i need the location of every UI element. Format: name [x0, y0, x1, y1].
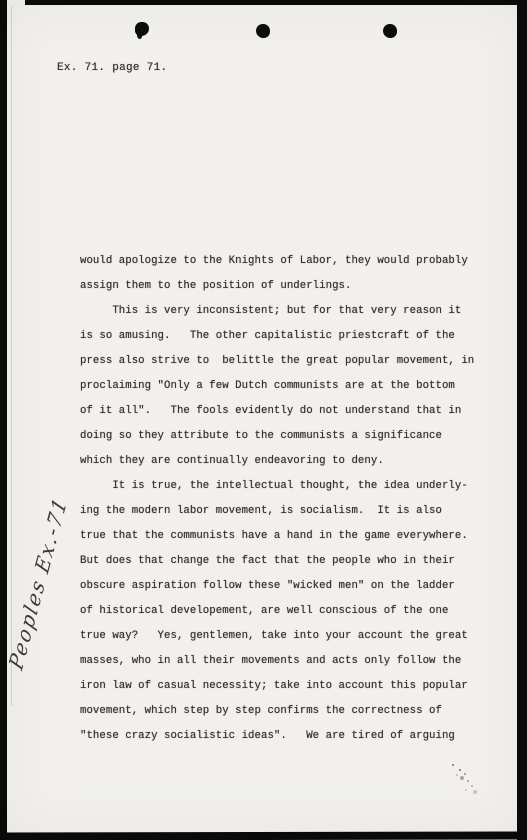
punch-hole-left — [135, 22, 149, 36]
scan-border-top — [25, 0, 527, 5]
page-edge-shadow — [11, 6, 12, 706]
pencil-smudge — [452, 764, 454, 766]
typewritten-body-text: would apologize to the Knights of Labor,… — [80, 249, 474, 749]
punch-hole-center — [256, 24, 270, 38]
scanned-document-page: Ex. 71. page 71. would apologize to the … — [0, 0, 527, 840]
punch-hole-right — [383, 24, 397, 38]
handwritten-exhibit-note: Peoples Ex.-71 — [4, 460, 90, 677]
scan-border-right — [517, 0, 527, 840]
scan-border-left — [0, 0, 7, 840]
exhibit-page-header: Ex. 71. page 71. — [57, 62, 167, 74]
scan-border-bottom — [0, 831, 527, 840]
